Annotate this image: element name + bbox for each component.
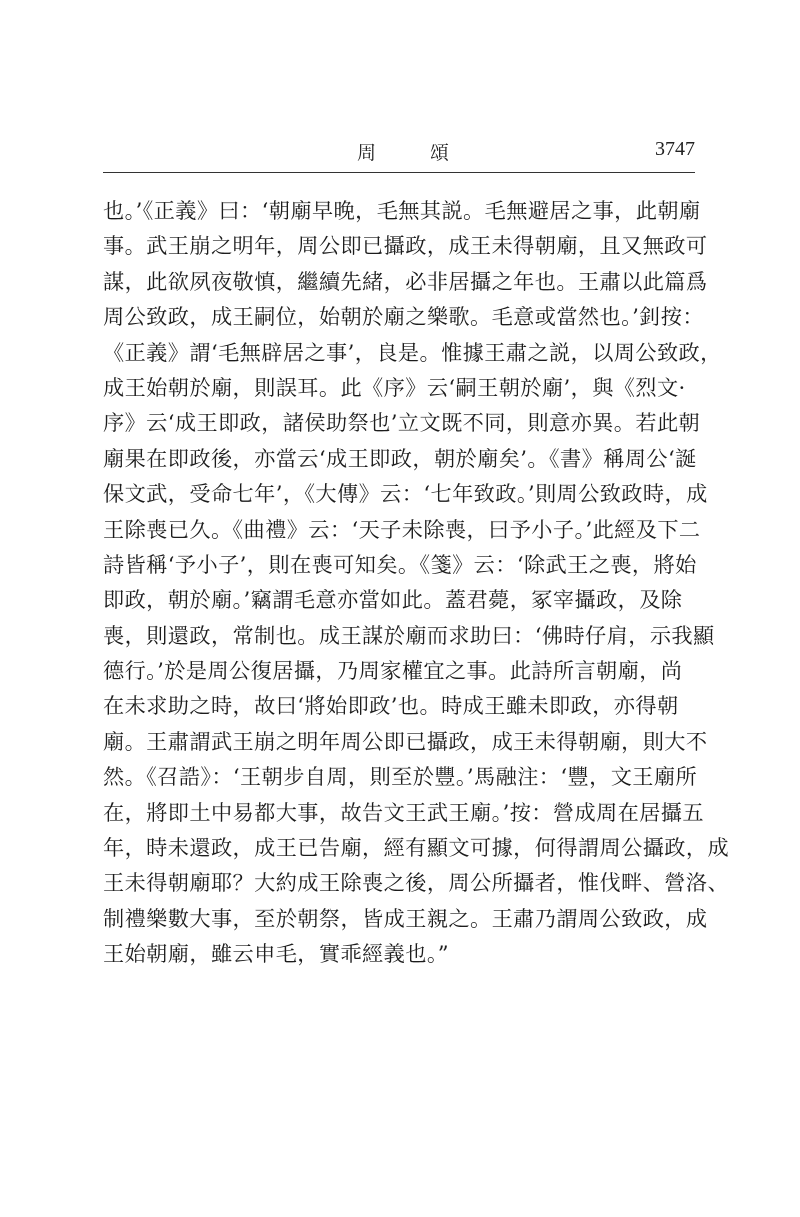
page-number: 3747 xyxy=(655,138,695,161)
text-line: 王始朝廟，雖云申毛，實乖經義也。” xyxy=(103,936,699,971)
text-line: 廟果在即政後，亦當云‘成王即政，朝於廟矣’。《書》稱周公‘誕 xyxy=(103,441,699,476)
text-line: 成王始朝於廟，則誤耳。此《序》云‘嗣王朝於廟’，與《烈文· xyxy=(103,370,699,405)
text-line: 喪，則還政，常制也。成王謀於廟而求助曰：‘佛時仔肩，示我顯 xyxy=(103,618,699,653)
text-line: 然。《召誥》：‘王朝步自周，則至於豐。’馬融注：‘豐，文王廟所 xyxy=(103,759,699,794)
section-title: 周 頌 xyxy=(357,138,473,165)
text-line: 德行。’於是周公復居攝，乃周家權宜之事。此詩所言朝廟，尚 xyxy=(103,653,699,688)
text-line: 謀，此欲夙夜敬慎，繼續先緒，必非居攝之年也。王肅以此篇爲 xyxy=(103,264,699,299)
text-line: 《正義》謂‘毛無辟居之事’，良是。惟據王肅之説，以周公致政， xyxy=(103,335,699,370)
text-line: 周公致政，成王嗣位，始朝於廟之樂歌。毛意或當然也。’釗按： xyxy=(103,299,699,334)
text-line: 制禮樂數大事，至於朝祭，皆成王親之。王肅乃謂周公致政，成 xyxy=(103,901,699,936)
text-line: 廟。王肅謂武王崩之明年周公即已攝政，成王未得朝廟，則大不 xyxy=(103,724,699,759)
text-line: 在未求助之時，故曰‘將始即政’也。時成王雖未即政，亦得朝 xyxy=(103,688,699,723)
running-header: 周 頌 3747 xyxy=(103,138,695,168)
book-page: 周 頌 3747 也。’《正義》曰：‘朝廟早晚，毛無其説。毛無避居之事，此朝廟 … xyxy=(0,0,800,1217)
text-line: 在，將即土中易都大事，故告文王武王廟。’按：營成周在居攝五 xyxy=(103,795,699,830)
text-line: 保文武，受命七年’，《大傳》云：‘七年致政。’則周公致政時，成 xyxy=(103,476,699,511)
text-line: 序》云‘成王即政，諸侯助祭也’立文既不同，則意亦異。若此朝 xyxy=(103,405,699,440)
header-rule-divider xyxy=(103,172,695,173)
body-text: 也。’《正義》曰：‘朝廟早晚，毛無其説。毛無避居之事，此朝廟 事。武王崩之明年，… xyxy=(103,193,699,972)
text-line: 年，時未還政，成王已告廟，經有顯文可據，何得謂周公攝政，成 xyxy=(103,830,699,865)
text-line: 也。’《正義》曰：‘朝廟早晚，毛無其説。毛無避居之事，此朝廟 xyxy=(103,193,699,228)
text-line: 即政，朝於廟。’竊謂毛意亦當如此。蓋君薨，冢宰攝政，及除 xyxy=(103,582,699,617)
text-line: 王除喪已久。《曲禮》云：‘天子未除喪，曰予小子。’此經及下二 xyxy=(103,512,699,547)
text-line: 王未得朝廟耶？大約成王除喪之後，周公所攝者，惟伐畔、營洛、 xyxy=(103,865,699,900)
text-line: 詩皆稱‘予小子’，則在喪可知矣。《箋》云：‘除武王之喪，將始 xyxy=(103,547,699,582)
text-line: 事。武王崩之明年，周公即已攝政，成王未得朝廟，且又無政可 xyxy=(103,228,699,263)
